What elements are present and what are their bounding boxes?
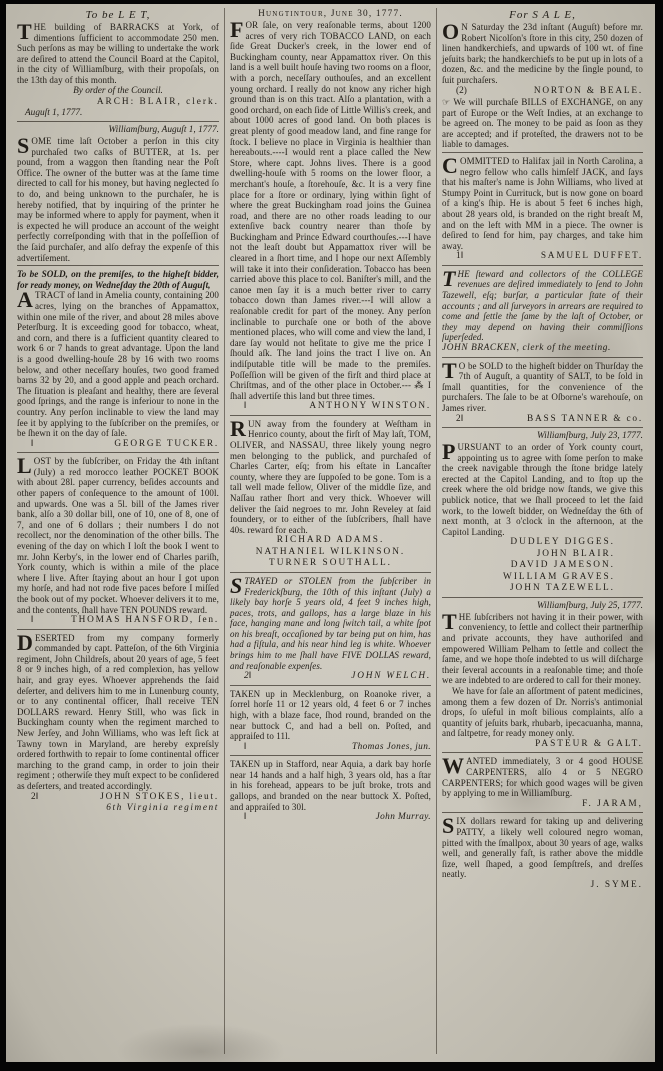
ad-heading: To be L E T,	[17, 9, 219, 21]
ad-body-text: HE ſubſcribers not having it in their po…	[442, 612, 643, 686]
drop-cap: T	[442, 361, 459, 380]
ad-divider	[442, 597, 643, 598]
insertion-mark: ‖	[17, 439, 34, 451]
ad-body-text: HE ſteward and collectors of the COLLEGE…	[442, 269, 643, 343]
ad-divider	[230, 755, 431, 756]
ad-intro: To be SOLD, on the premiſes, to the high…	[17, 269, 219, 290]
insertion-mark: (2)	[442, 86, 467, 98]
signature: JOHN WELCH.	[251, 671, 431, 683]
signature-row: 2‖BASS TANNER & co.	[442, 414, 643, 426]
signature: JOHN STOKES, lieut.	[38, 792, 219, 804]
ad-body-text: TAKEN up in Mecklenburg, on Roanoke rive…	[230, 689, 431, 741]
ad-divider	[442, 265, 643, 266]
signature: SAMUEL DUFFET.	[463, 251, 643, 263]
signature: JOHN BLAIR.	[442, 549, 643, 561]
ad-body-text: ESERTED from my company formerly command…	[17, 633, 219, 791]
ad-for-sale-auction: For S A L E, ON Saturday the 23d inſtant…	[442, 9, 643, 150]
ad-body: STRAYED or STOLEN from the ſubſcriber in…	[230, 576, 431, 671]
signature-row: 1‖SAMUEL DUFFET.	[442, 251, 643, 263]
insertion-mark: ‖	[230, 742, 247, 754]
bills-of-exchange-note: ☞ We will purchaſe BILLS of EXCHANGE, on…	[442, 97, 643, 150]
signature: THOMAS HANSFORD, ſen.	[34, 615, 219, 627]
dateline: Hungtintour, June 30, 1777.	[230, 9, 431, 20]
ad-salt-sale: TO be SOLD to the higheſt bidder on Thur…	[442, 361, 643, 425]
ad-taken-up-mecklenburg: TAKEN up in Mecklenburg, on Roanoke rive…	[230, 689, 431, 753]
ad-divider	[442, 752, 643, 753]
ad-heading: For S A L E,	[442, 9, 643, 21]
ad-body-text: OR ſale, on very reaſonable terms, about…	[230, 20, 431, 401]
drop-cap: L	[17, 456, 34, 475]
ad-body: THE building of BARRACKS at York, of dim…	[17, 22, 219, 86]
signature: ANTHONY WINSTON.	[247, 401, 431, 413]
ad-body-text: ☞ We will purchaſe BILLS of EXCHANGE, on…	[442, 97, 643, 149]
ad-amelia-land-sale: To be SOLD, on the premiſes, to the high…	[17, 269, 219, 450]
ad-divider	[230, 572, 431, 573]
insertion-mark: 1‖	[442, 251, 463, 263]
ad-body: TAKEN up in Stafford, near Aquia, a dark…	[230, 759, 431, 812]
ad-six-dollars-reward: SIX dollars reward for taking up and del…	[442, 816, 643, 891]
signature-unit: 6th Virginia regiment	[17, 803, 219, 815]
ad-body-text: TAKEN up in Stafford, near Aquia, a dark…	[230, 759, 431, 811]
ad-wanted-carpenters: WANTED immediately, 3 or 4 good HOUSE CA…	[442, 756, 643, 810]
column-left: To be L E T, THE building of BARRACKS at…	[12, 8, 224, 1054]
ad-body: COMMITTED to Halifax jail in North Carol…	[442, 156, 643, 251]
ad-body: ON Saturday the 23d inſtant (Auguſt) bef…	[442, 22, 643, 86]
signature-row: (2)NORTON & BEALE.	[442, 86, 643, 98]
signature: RICHARD ADAMS.	[230, 535, 431, 547]
insertion-mark: ‖	[230, 812, 247, 824]
dateline: Williamſburg, July 23, 1777.	[442, 431, 643, 442]
signature-row: 2‖JOHN STOKES, lieut.	[17, 792, 219, 804]
signature: F. JARAM,	[442, 799, 643, 811]
ad-body: RUN away from the foundery at Weſtham in…	[230, 419, 431, 536]
ad-divider	[442, 152, 643, 153]
ad-taken-up-stafford: TAKEN up in Stafford, near Aquia, a dark…	[230, 759, 431, 823]
order-line: By order of the Council.	[17, 86, 219, 97]
drop-cap: S	[442, 816, 456, 835]
ad-divider	[442, 812, 643, 813]
ad-body-text: OST by the ſubſcriber, on Friday the 4th…	[17, 456, 219, 614]
ad-runaway-foundery: RUN away from the foundery at Weſtham in…	[230, 419, 431, 570]
signature: ARCH: BLAIR, clerk.	[17, 97, 219, 109]
column-middle: Hungtintour, June 30, 1777. FOR ſale, on…	[224, 8, 436, 1054]
ad-divider	[17, 629, 219, 630]
ad-body: THE ſteward and collectors of the COLLEG…	[442, 269, 643, 343]
ad-date: Auguſt 1, 1777.	[25, 108, 219, 119]
drop-cap: C	[442, 156, 460, 175]
column-right: For S A L E, ON Saturday the 23d inſtant…	[436, 8, 648, 1054]
signature: WILLIAM GRAVES.	[442, 572, 643, 584]
signature: JOHN BRACKEN, clerk of the meeting.	[442, 343, 643, 355]
ad-college-revenues: THE ſteward and collectors of the COLLEG…	[442, 269, 643, 355]
ad-pasteur-galt: Williamſburg, July 25, 1777. THE ſubſcri…	[442, 601, 643, 751]
drop-cap: D	[17, 633, 35, 652]
signature: TURNER SOUTHALL.	[230, 558, 431, 570]
ad-barracks-to-let: To be L E T, THE building of BARRACKS at…	[17, 9, 219, 119]
signature: Thomas Jones, jun.	[247, 742, 431, 754]
drop-cap: S	[230, 576, 244, 595]
ad-body: WANTED immediately, 3 or 4 good HOUSE CA…	[442, 756, 643, 798]
patent-medicines-paragraph: We have for ſale an aſſortment of patent…	[442, 686, 643, 739]
signature: NATHANIEL WILKINSON.	[230, 547, 431, 559]
ad-body-text: HE building of BARRACKS at York, of dime…	[17, 22, 219, 85]
ad-divider	[17, 452, 219, 453]
ad-body-text: IX dollars reward for taking up and deli…	[442, 816, 643, 879]
newspaper-page: { "palette": { "paper": "#cac6bb", "ink"…	[0, 0, 663, 1071]
ad-body-text: TRAYED or STOLEN from the ſubſcriber in …	[230, 576, 431, 671]
column-layout: To be L E T, THE building of BARRACKS at…	[6, 4, 655, 1054]
drop-cap: R	[230, 419, 248, 438]
ad-lost-pocketbook: LOST by the ſubſcriber, on Friday the 4t…	[17, 456, 219, 626]
signature: John Murray.	[247, 812, 431, 824]
ad-body-text: URSUANT to an order of York county court…	[442, 442, 643, 537]
ad-butter-notice: Williamſburg, Auguſt 1, 1777. SOME time …	[17, 125, 219, 263]
ad-body: THE ſubſcribers not having it in their p…	[442, 612, 643, 686]
ad-body: SOME time laſt October a perſon in this …	[17, 136, 219, 263]
ad-body: TO be SOLD to the higheſt bidder on Thur…	[442, 361, 643, 414]
ad-committed-jack: COMMITTED to Halifax jail in North Carol…	[442, 156, 643, 263]
signature-row: ‖ANTHONY WINSTON.	[230, 401, 431, 413]
ad-body: ATRACT of land in Amelia county, contain…	[17, 290, 219, 438]
ad-creek-navigation: Williamſburg, July 23, 1777. PURSUANT to…	[442, 431, 643, 595]
drop-cap: P	[442, 442, 458, 461]
ad-body-text: OMMITTED to Halifax jail in North Caroli…	[442, 156, 643, 251]
ad-divider	[442, 357, 643, 358]
ad-body-text: UN away from the foundery at Weſtham in …	[230, 419, 431, 535]
signature: NORTON & BEALE.	[467, 86, 643, 98]
ad-body: SIX dollars reward for taking up and del…	[442, 816, 643, 880]
drop-cap: F	[230, 20, 246, 39]
ad-body-text: OME time laſt October a perſon in this c…	[17, 136, 219, 263]
ad-divider	[17, 121, 219, 122]
ad-divider	[17, 265, 219, 266]
signature-row: 2‖JOHN WELCH.	[230, 671, 431, 683]
drop-cap: T	[442, 269, 458, 288]
newspaper-sheet: To be L E T, THE building of BARRACKS at…	[6, 4, 655, 1062]
dateline: Williamſburg, July 25, 1777.	[442, 601, 643, 612]
dateline: Williamſburg, Auguſt 1, 1777.	[17, 125, 219, 136]
insertion-mark: 2‖	[230, 671, 251, 683]
ad-divider	[442, 427, 643, 428]
insertion-mark: 2‖	[17, 792, 38, 804]
ad-body-text: We have for ſale an aſſortment of patent…	[442, 686, 643, 738]
drop-cap: T	[17, 22, 34, 41]
ad-strayed-horse: STRAYED or STOLEN from the ſubſcriber in…	[230, 576, 431, 683]
ad-body-text: TRACT of land in Amelia county, containi…	[17, 290, 219, 438]
signature: PASTEUR & GALT.	[442, 739, 643, 751]
ad-divider	[230, 415, 431, 416]
ad-tobacco-land: Hungtintour, June 30, 1777. FOR ſale, on…	[230, 9, 431, 413]
ad-body-text: O be SOLD to the higheſt bidder on Thurſ…	[442, 361, 643, 413]
drop-cap: T	[442, 612, 459, 631]
ad-divider	[230, 685, 431, 686]
signature: DUDLEY DIGGES.	[442, 537, 643, 549]
signature: GEORGE TUCKER.	[34, 439, 219, 451]
signature: JOHN TAZEWELL.	[442, 583, 643, 595]
signature-row: ‖THOMAS HANSFORD, ſen.	[17, 615, 219, 627]
insertion-mark: ‖	[17, 615, 34, 627]
ad-body: DESERTED from my company formerly comman…	[17, 633, 219, 792]
ad-body-text: ANTED immediately, 3 or 4 good HOUSE CAR…	[442, 756, 643, 798]
signature: BASS TANNER & co.	[463, 414, 643, 426]
insertion-mark: ‖	[230, 401, 247, 413]
ad-body: FOR ſale, on very reaſonable terms, abou…	[230, 20, 431, 401]
ad-body-text: N Saturday the 23d inſtant (Auguſt) befo…	[442, 22, 643, 85]
signature-row: ‖John Murray.	[230, 812, 431, 824]
ad-body: PURSUANT to an order of York county cour…	[442, 442, 643, 537]
signature-row: ‖Thomas Jones, jun.	[230, 742, 431, 754]
signature: J. SYME.	[442, 880, 643, 892]
drop-cap: S	[17, 136, 31, 155]
drop-cap: O	[442, 22, 461, 41]
ad-body: TAKEN up in Mecklenburg, on Roanoke rive…	[230, 689, 431, 742]
signature: DAVID JAMESON.	[442, 560, 643, 572]
ad-deserted-childress: DESERTED from my company formerly comman…	[17, 633, 219, 815]
drop-cap: A	[17, 290, 35, 309]
insertion-mark: 2‖	[442, 414, 463, 426]
signature-row: ‖GEORGE TUCKER.	[17, 439, 219, 451]
drop-cap: W	[442, 756, 466, 775]
ad-body: LOST by the ſubſcriber, on Friday the 4t…	[17, 456, 219, 615]
